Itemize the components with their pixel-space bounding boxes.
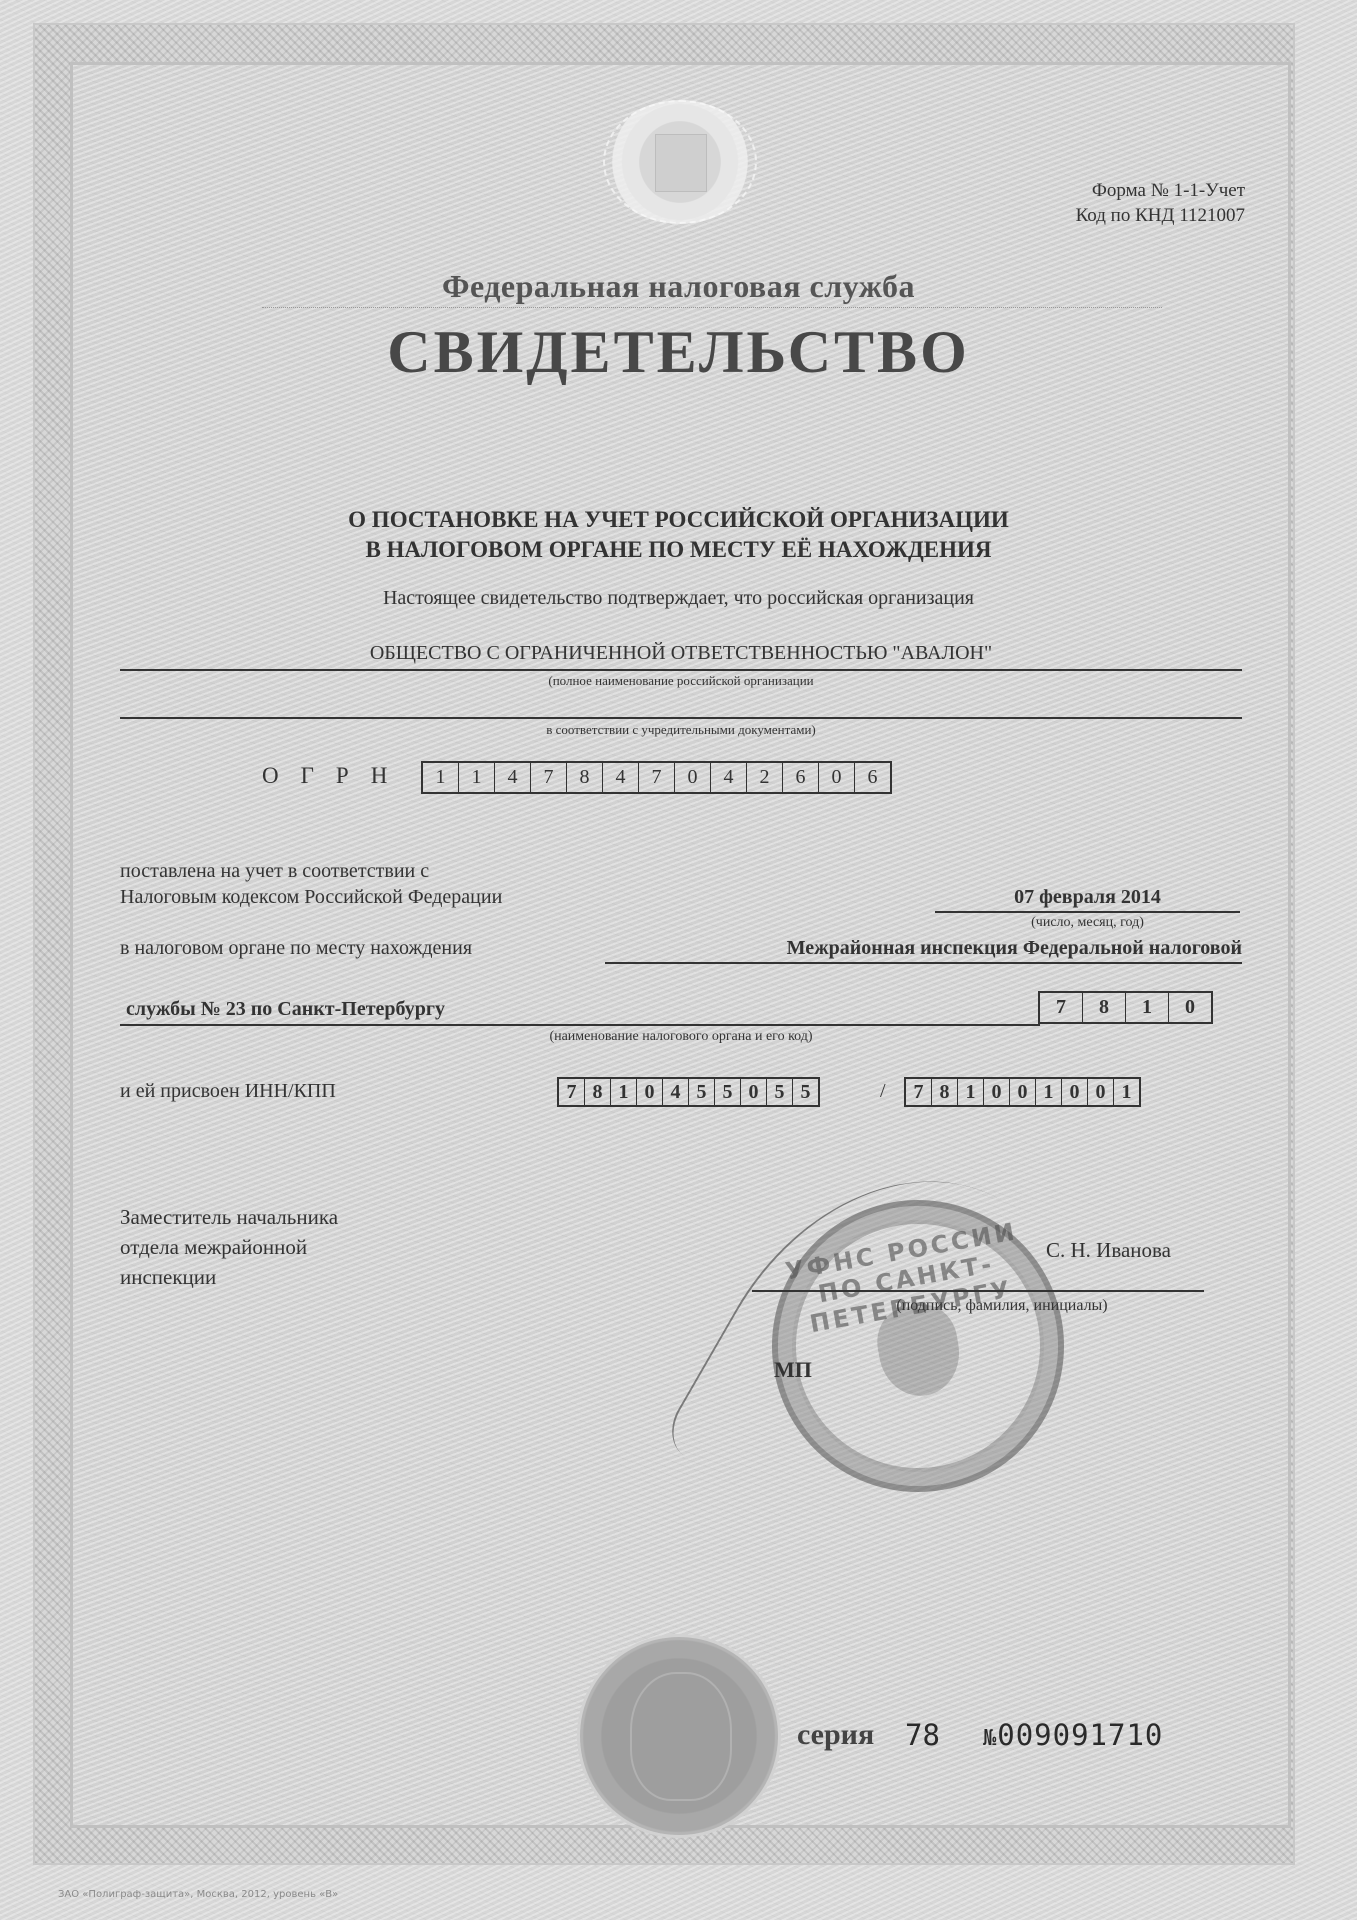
digit-cell: 7 — [1040, 993, 1083, 1022]
authority-name-line2: службы № 23 по Санкт-Петербургу — [126, 996, 445, 1022]
digit-cell: 7 — [559, 1079, 585, 1105]
document-subtitle: О ПОСТАНОВКЕ НА УЧЕТ РОССИЙСКОЙ ОРГАНИЗА… — [0, 505, 1357, 565]
org-name-hint-2: в соответствии с учредительными документ… — [120, 722, 1242, 738]
digit-cell: 8 — [585, 1079, 611, 1105]
ogrn-value: 1147847042606 — [421, 761, 892, 794]
registration-date: 07 февраля 2014 — [935, 884, 1240, 910]
digit-cell: 5 — [793, 1079, 818, 1105]
registration-text: поставлена на учет в соответствии с Нало… — [120, 858, 502, 910]
authority-hint: (наименование налогового органа и его ко… — [120, 1029, 1242, 1045]
series-label: серия — [797, 1718, 874, 1752]
digit-cell: 0 — [741, 1079, 767, 1105]
certificate-number: №009091710 — [983, 1718, 1163, 1752]
digit-cell: 0 — [819, 763, 855, 792]
form-info: Форма № 1-1-Учет Код по КНД 1121007 — [1076, 178, 1245, 228]
digit-cell: 1 — [423, 763, 459, 792]
inn-kpp-label: и ей присвоен ИНН/КПП — [120, 1078, 336, 1104]
digit-cell: 6 — [855, 763, 890, 792]
date-line — [935, 911, 1240, 913]
authority-name-line1: Межрайонная инспекция Федеральной налого… — [605, 935, 1242, 961]
digit-cell: 1 — [1114, 1079, 1139, 1105]
digit-cell: 8 — [1083, 993, 1126, 1022]
digit-cell: 0 — [1088, 1079, 1114, 1105]
digit-cell: 7 — [906, 1079, 932, 1105]
certificate-sheet: Форма № 1-1-Учет Код по КНД 1121007 Феде… — [0, 0, 1357, 1920]
digit-cell: 1 — [958, 1079, 984, 1105]
digit-cell: 4 — [711, 763, 747, 792]
digit-cell: 0 — [637, 1079, 663, 1105]
double-headed-eagle-icon — [630, 1672, 732, 1801]
emblem-watermark-icon — [603, 100, 757, 224]
digit-cell: 2 — [747, 763, 783, 792]
digit-cell: 5 — [689, 1079, 715, 1105]
digit-cell: 0 — [1169, 993, 1211, 1022]
digit-cell: 6 — [783, 763, 819, 792]
organization-name: ОБЩЕСТВО С ОГРАНИЧЕННОЙ ОТВЕТСТВЕННОСТЬЮ… — [120, 642, 1242, 665]
ogrn-label: ОГРН — [262, 763, 409, 789]
series-number: 78 — [905, 1718, 940, 1752]
digit-cell: 7 — [531, 763, 567, 792]
digit-cell: 1 — [1036, 1079, 1062, 1105]
divider — [262, 307, 1162, 308]
digit-cell: 0 — [984, 1079, 1010, 1105]
signatory-position: Заместитель начальника отдела межрайонно… — [120, 1202, 338, 1292]
digit-cell: 1 — [611, 1079, 637, 1105]
signature-line — [752, 1290, 1204, 1292]
signature-hint: (подпись, фамилия, инициалы) — [812, 1297, 1192, 1315]
kpp-value: 781001001 — [904, 1077, 1141, 1107]
document-title: СВИДЕТЕЛЬСТВО — [0, 318, 1357, 387]
date-hint: (число, месяц, год) — [935, 915, 1240, 931]
authority-label: в налоговом органе по месту нахождения — [120, 935, 472, 961]
digit-cell: 8 — [567, 763, 603, 792]
emblem-seal-icon — [580, 1637, 778, 1835]
digit-cell: 4 — [603, 763, 639, 792]
authority-line — [605, 962, 1242, 964]
knd-code: Код по КНД 1121007 — [1076, 203, 1245, 228]
issuing-service: Федеральная налоговая служба — [0, 268, 1357, 305]
digit-cell: 8 — [932, 1079, 958, 1105]
digit-cell: 1 — [1126, 993, 1169, 1022]
digit-cell: 0 — [1010, 1079, 1036, 1105]
digit-cell: 4 — [495, 763, 531, 792]
org-name-line — [120, 669, 1242, 671]
digit-cell: 0 — [1062, 1079, 1088, 1105]
authority-code: 7810 — [1038, 991, 1213, 1024]
inn-kpp-separator: / — [880, 1078, 886, 1104]
signatory-name: С. Н. Иванова — [1046, 1237, 1171, 1263]
authority-line-2 — [120, 1024, 1040, 1026]
digit-cell: 4 — [663, 1079, 689, 1105]
digit-cell: 7 — [639, 763, 675, 792]
org-name-hint: (полное наименование российской организа… — [120, 673, 1242, 689]
digit-cell: 5 — [715, 1079, 741, 1105]
inn-value: 7810455055 — [557, 1077, 820, 1107]
digit-cell: 0 — [675, 763, 711, 792]
digit-cell: 1 — [459, 763, 495, 792]
org-name-line-2 — [120, 717, 1242, 719]
form-number: Форма № 1-1-Учет — [1076, 178, 1245, 203]
confirm-text: Настоящее свидетельство подтверждает, чт… — [0, 587, 1357, 610]
digit-cell: 5 — [767, 1079, 793, 1105]
stamp-place-mark: МП — [774, 1357, 812, 1383]
printer-imprint: ЗАО «Полиграф-защита», Москва, 2012, уро… — [58, 1889, 338, 1900]
